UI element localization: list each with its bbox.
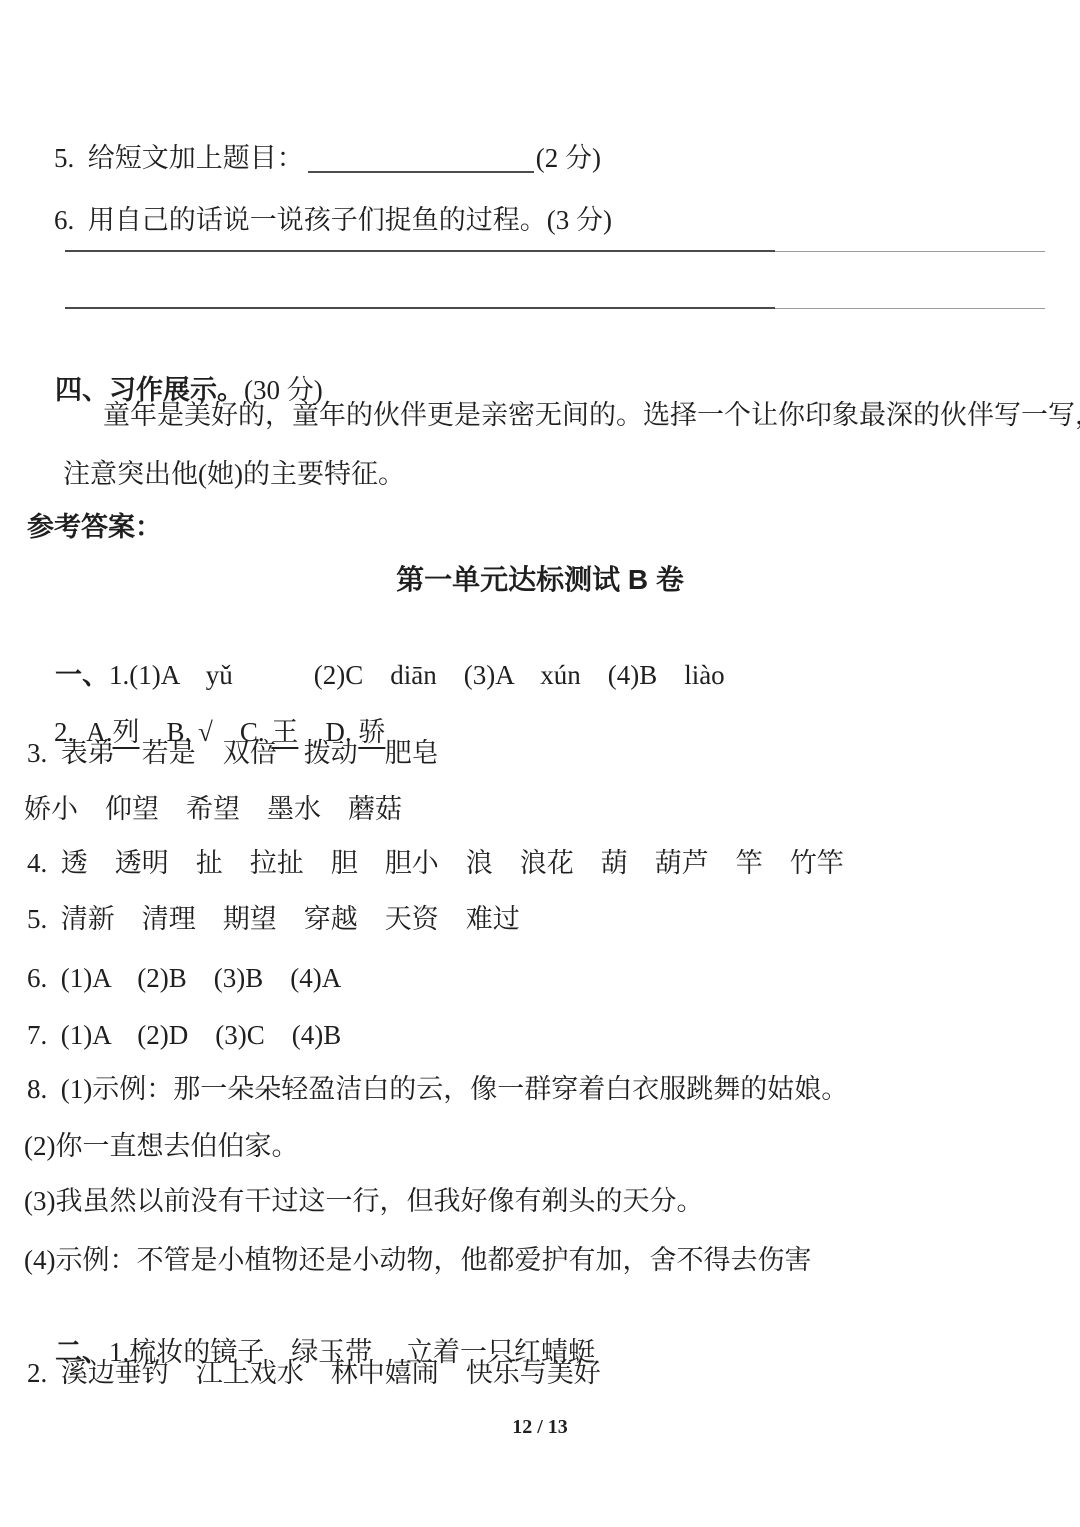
answer-line-sec2-q2: 2. 溪边垂钓 江上戏水 林中嬉闹 快乐与美好 xyxy=(27,1356,601,1391)
answer-line-sec1-q8-3: (3)我虽然以前没有干过这一行，但我好像有剃头的天分。 xyxy=(24,1184,703,1219)
composition-prompt-line-2: 注意突出他(她)的主要特征。 xyxy=(63,457,405,492)
answer-line-sec1-q3b: 娇小 仰望 希望 墨水 蘑菇 xyxy=(24,792,402,827)
answer-key-title: 第一单元达标测试 B 卷 xyxy=(0,562,1080,598)
rule-dark-segment xyxy=(65,307,775,309)
answer-line-sec1-q6: 6. (1)A (2)B (3)B (4)A xyxy=(27,961,341,996)
page-number: 12 / 13 xyxy=(0,1414,1080,1440)
answer-line-sec1-q8-4: (4)示例：不管是小植物还是小动物，他都爱护有加，舍不得去伤害 xyxy=(24,1243,811,1278)
answer-line-sec1-q4: 4. 透 透明 扯 拉扯 胆 胆小 浪 浪花 葫 葫芦 竿 竹竿 xyxy=(27,846,844,881)
rule-dark-segment xyxy=(65,250,775,252)
question-6: 6. 用自己的话说一说孩子们捉鱼的过程。(3 分) xyxy=(27,168,612,273)
answer-write-line-1 xyxy=(65,250,1045,253)
question-6-score: (3 分) xyxy=(547,205,612,235)
composition-prompt-line-1: 童年是美好的，童年的伙伴更是亲密无间的。选择一个让你印象最深的伙伴写一写， xyxy=(103,398,1080,433)
document-page: 5. 给短文加上题目：(2 分) 6. 用自己的话说一说孩子们捉鱼的过程。(3 … xyxy=(0,0,1080,1527)
rule-light-segment xyxy=(775,251,1045,252)
reference-answers-label: 参考答案： xyxy=(27,510,162,545)
answer-write-line-2 xyxy=(65,307,1045,310)
answer-line-sec1-q8-2: (2)你一直想去伯伯家。 xyxy=(24,1129,298,1164)
question-6-text: 6. 用自己的话说一说孩子们捉鱼的过程。 xyxy=(54,205,547,235)
answer-line-sec1-q5: 5. 清新 清理 期望 穿越 天资 难过 xyxy=(27,902,520,937)
rule-light-segment xyxy=(775,308,1045,309)
answer-line-sec1-q3a: 3. 表弟 若是 双倍 拨动 肥皂 xyxy=(27,736,439,771)
answer-line-sec1-q7: 7. (1)A (2)D (3)C (4)B xyxy=(27,1018,341,1053)
answer-line-sec1-q8-1: 8. (1)示例：那一朵朵轻盈洁白的云，像一群穿着白衣服跳舞的姑娘。 xyxy=(27,1072,848,1107)
